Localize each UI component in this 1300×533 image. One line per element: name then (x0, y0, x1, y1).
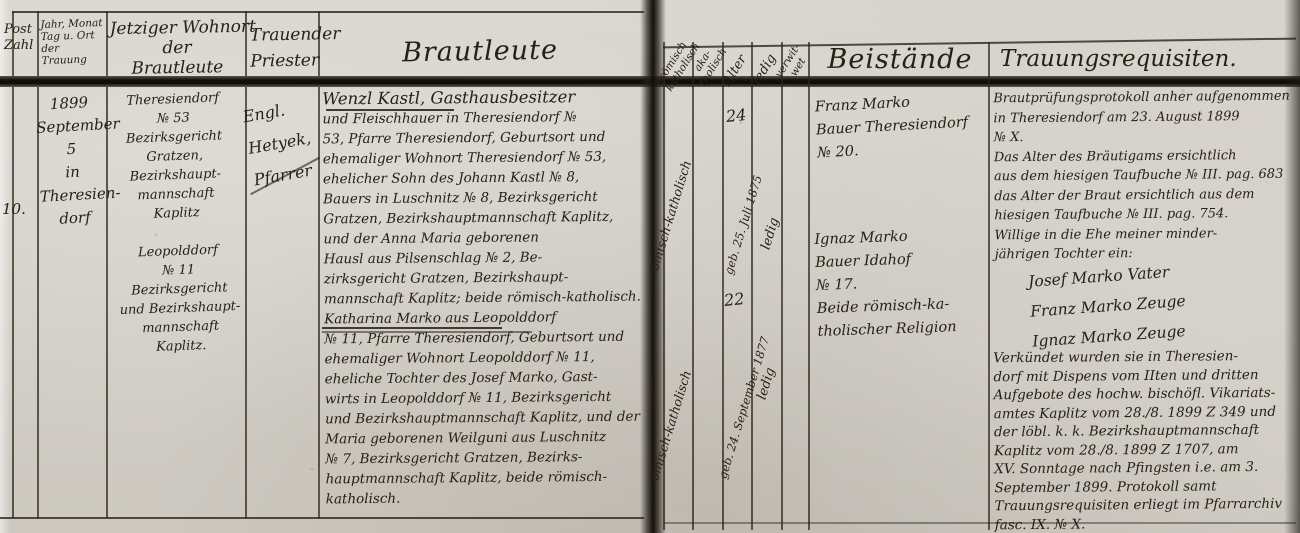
header-brautleute: Brautleute (330, 33, 630, 69)
bride-name-underline (322, 327, 502, 329)
beistaende-divider (988, 42, 990, 530)
left-page-bottom-rule (0, 517, 644, 519)
entry-number: 10. (2, 198, 36, 221)
postzahl-column-divider (37, 11, 39, 518)
groom-status: ledig (759, 199, 788, 251)
ledig-divider (781, 42, 783, 530)
priester-column-divider (318, 11, 320, 518)
entry-date: 1899September5inTheresien-dorf (34, 90, 109, 231)
witness-1: Franz MarkoBauer Theresiendorf№ 20. (814, 88, 987, 166)
bride-age: 22 (723, 289, 745, 310)
bride-name-underline-2 (322, 331, 532, 333)
entry-brautleute-text: Wenzl Kastl, Gasthausbesitzerund Fleisch… (322, 87, 646, 510)
entry-priester-signature: Engl.Hetyek,Pfarrer (240, 90, 326, 197)
requisiten-block-2: Verkündet wurden sie in Theresien-dorf m… (993, 347, 1295, 533)
header-priester: TrauenderPriester (250, 21, 319, 74)
left-page-border-line (12, 11, 14, 518)
groom-birthdate: geb. 25. Juli 1875 (721, 148, 772, 276)
header-datum: Jahr, MonatTag u. OrtderTrauung (40, 17, 106, 67)
header-trauungsrequisiten: Trauungsrequisiten. (1000, 46, 1290, 72)
verwitwet-divider (808, 42, 810, 530)
header-post-zahl: PostZahl (4, 22, 40, 54)
alter-divider (751, 42, 753, 530)
right-page-edge-shadow (1284, 0, 1300, 533)
groom-name-underline (326, 109, 454, 111)
requisiten-signatures: Josef Marko VaterFranz Marko ZeugeIgnaz … (1027, 249, 1283, 356)
header-wohnort: Jetziger WohnortderBrautleute (109, 17, 244, 79)
requisiten-block-1: Brautprüfungsprotokoll anher aufgenommen… (993, 87, 1295, 265)
datum-column-divider (106, 11, 108, 518)
header-beistaende: Beistände (820, 44, 980, 75)
groom-age: 24 (725, 105, 747, 126)
marriage-register-spread: PostZahl Jahr, MonatTag u. OrtderTrauung… (0, 0, 1300, 533)
entry-wohnort: Theresiendorf№ 53BezirksgerichtGratzen,B… (103, 88, 250, 359)
witness-2: Ignaz MarkoBauer Idahof№ 17.Beide römisc… (814, 223, 988, 344)
